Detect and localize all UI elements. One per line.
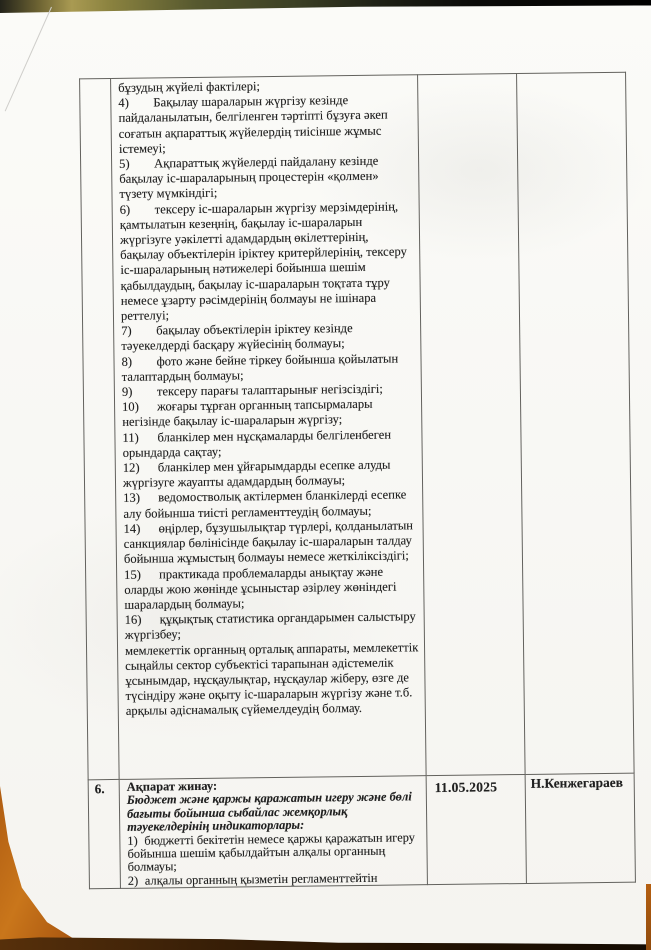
list-item-number: 4) [118, 96, 153, 112]
list-item: 13)ведомостволық актілермен бланкілерді … [123, 488, 417, 522]
list-item-number: 7) [121, 324, 156, 340]
list-item-number: 14) [123, 521, 158, 537]
list-item-number: 16) [125, 613, 160, 629]
list-item-text: тексеру парағы талаптарынығ негізсіздігі… [157, 382, 383, 399]
section-subtitle: Бюджет және қаржы қаражатын игеру және б… [127, 791, 422, 835]
list-item: 1)бюджетті бекітетін немесе қаржы қаража… [127, 831, 422, 875]
list-item: 7)бақылау объектілерін іріктеу кезінде т… [121, 321, 415, 355]
row-date-cell: 11.05.2025 [426, 774, 526, 884]
list-item: 8)фото және бейне тіркеу бойынша қойылат… [121, 351, 415, 385]
list-item-number: 11) [122, 430, 157, 446]
table-row-6: 6. Ақпарат жинау: Бюджет және қаржы қара… [88, 773, 635, 889]
list-item: 12)бланкілер мен ұйғарымдарды есепке алу… [123, 457, 417, 491]
list-item-text: мемлекеттік органның орталық аппараты, м… [125, 640, 418, 718]
list-item: 10)жоғары тұрған органның тапсырмалары н… [122, 397, 416, 431]
row-executor-cell: Н.Кенжегараев [525, 773, 635, 883]
list-item-number: 15) [124, 567, 159, 583]
list-item-number: 6) [120, 202, 155, 218]
photo-top-edge-background [0, 0, 651, 13]
date-value: 11.05.2025 [427, 775, 525, 796]
photo-right-edge-background [646, 884, 651, 950]
list-item: 5)Ақпараттық жүйелерді пайдалану кезінде… [119, 153, 414, 202]
list-item-number: 10) [122, 400, 157, 416]
document-page-content: бұзудың жүйелі фактілері; 4)Бақылау шара… [79, 72, 636, 890]
row-number: 6. [89, 780, 119, 796]
risk-indicators-table: бұзудың жүйелі фактілері; 4)Бақылау шара… [79, 72, 636, 890]
scanned-document-photo: бұзудың жүйелі фактілері; 4)Бақылау шара… [0, 0, 651, 950]
list-item-text: бланкілер мен нұсқамаларды белгіленбеген… [123, 427, 392, 459]
list-item-text: Ақпараттық жүйелерді пайдалану кезінде б… [119, 154, 378, 202]
photo-bottom-edge-background [0, 936, 651, 950]
list-item-number: 5) [119, 156, 154, 172]
list-item-text: жоғары тұрған органның тапсырмалары негі… [122, 397, 372, 429]
list-item-number: 8) [121, 354, 156, 370]
list-item: 4)Бақылау шараларын жүргізу кезінде пайд… [118, 93, 413, 157]
list-item-text: ведомостволық актілермен бланкілерді есе… [123, 488, 406, 521]
list-item: 11)бланкілер мен нұсқамаларды белгіленбе… [122, 427, 416, 461]
list-item-text: Бақылау шараларын жүргізу кезінде пайдал… [118, 93, 387, 155]
executor-name: Н.Кенжегараев [526, 774, 634, 792]
list-item-number: 2) [128, 874, 145, 887]
list-item: мемлекеттік органның орталық аппараты, м… [125, 640, 420, 720]
row-date-cell [418, 74, 526, 776]
list-item-text: фото және бейне тіркеу бойынша қойылатын… [122, 351, 399, 384]
photo-bottom-left-background [0, 786, 84, 950]
row-text-cell: бұзудың жүйелі фактілері; 4)Бақылау шара… [111, 75, 427, 780]
list-item-text: бланкілер мен ұйғарымдарды есепке алуды … [123, 458, 391, 490]
indicator-list: 1)бюджетті бекітетін немесе қаржы қаража… [127, 831, 423, 888]
list-item-text: бұзудың жүйелі фактілері; [118, 79, 260, 95]
table-row-continuation: бұзудың жүйелі фактілері; 4)Бақылау шара… [80, 72, 635, 780]
list-item-text: бақылау объектілерін іріктеу кезінде тәу… [121, 321, 352, 353]
list-item: 6)тексеру іс-шараларын жүргізу мерзімдер… [120, 199, 415, 324]
list-item-number: 13) [123, 491, 158, 507]
list-item: 2)алқалы органның қызметін регламенттейт… [128, 871, 423, 888]
row-text-cell: Ақпарат жинау: Бюджет және қаржы қаражат… [119, 776, 427, 889]
list-item-text: алқалы органның қызметін регламенттейтін [145, 871, 378, 888]
list-item-text: өңірлер, бұзушылықтар түрлері, қолданыла… [124, 518, 413, 566]
list-item: 14)өңірлер, бұзушылықтар түрлері, қолдан… [123, 518, 418, 567]
indicator-list: бұзудың жүйелі фактілері; 4)Бақылау шара… [111, 75, 426, 779]
list-item-text: құқықтық статистика органдарымен салысты… [125, 609, 416, 642]
list-item-text: тексеру іс-шараларын жүргізу мерзімдерін… [120, 199, 407, 323]
list-item-text: бюджетті бекітетін немесе қаржы қаражаты… [127, 830, 415, 874]
row-number-cell: 6. [88, 779, 120, 888]
list-item-number: 12) [123, 461, 158, 477]
list-item: 15)практикада проблемаларды анықтау және… [124, 564, 419, 613]
row-executor-cell [517, 72, 635, 774]
list-item-number: 9) [122, 385, 157, 401]
list-item: 16)құқықтық статистика органдарымен салы… [125, 609, 419, 643]
list-item-text: практикада проблемаларды анықтау және ол… [124, 564, 396, 612]
page-corner-edge [5, 7, 52, 112]
